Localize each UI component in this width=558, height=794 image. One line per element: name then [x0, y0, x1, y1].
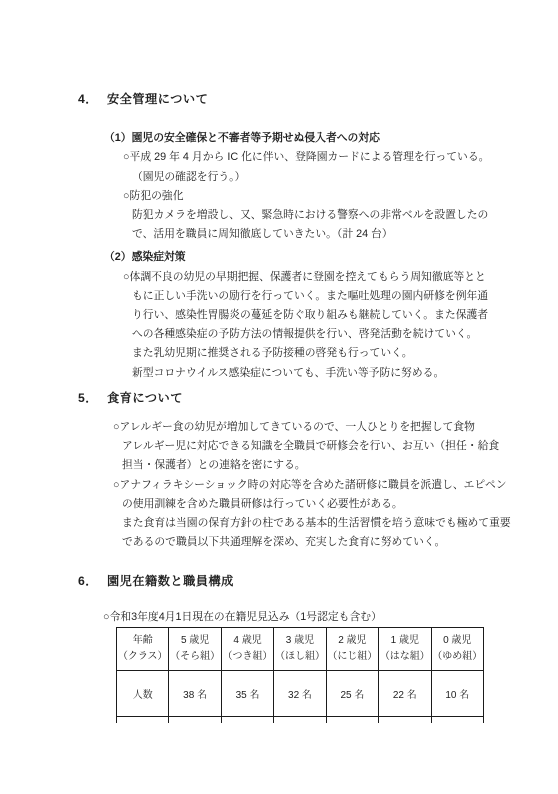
- text-line: の使用訓練を含めた職員研修は行っていく必要性がある。: [122, 495, 558, 514]
- class-label: （にじ組）: [327, 649, 378, 665]
- count-cell: 32 名: [274, 670, 326, 716]
- subsection-4-1-heading: （1）園児の安全確保と不審者等予期せぬ侵入者への対応: [104, 129, 558, 148]
- text-line: り行い、感染性胃腸炎の蔓延を防ぐ取り組みも継続していく。また保護者: [132, 306, 558, 325]
- section-4-heading: 4． 安全管理について: [0, 90, 558, 109]
- text-line: ○アレルギー食の幼児が増加してきているので、一人ひとりを把握して食物: [113, 418, 558, 437]
- text-line: ○体調不良の幼児の早期把握、保護者に登園を控えてもらう周知徹底等とと: [123, 268, 558, 287]
- section-6-number: 6．: [78, 572, 107, 591]
- count-cell: 22 名: [379, 670, 431, 716]
- section-5-heading: 5． 食育について: [0, 389, 558, 408]
- class-label: （ゆめ組）: [432, 649, 483, 665]
- text-line: で、活用を職員に周知徹底していきたい。（計 24 台）: [132, 225, 558, 244]
- age-header-cell: 年齢 （クラス）: [117, 627, 169, 670]
- class-label: （ほし組）: [274, 649, 325, 665]
- table-header-cell: 0 歳児 （ゆめ組）: [431, 627, 483, 670]
- text-line: ○防犯の強化: [123, 187, 558, 206]
- text-line: アレルギー児に対応できる知識を全職員で研修会を行い、お互い（担任・給食: [122, 437, 558, 456]
- text-line: 担当・保護者）との連絡を密にする。: [122, 456, 558, 475]
- table-header-row: 年齢 （クラス） 5 歳児 （そら組） 4 歳児 （つき組） 3 歳児 （ほし組…: [117, 627, 484, 670]
- table-header-cell: 5 歳児 （そら組）: [169, 627, 221, 670]
- table-header-cell: 2 歳児 （にじ組）: [326, 627, 378, 670]
- subsection-4-2-heading: （2）感染症対策: [104, 248, 558, 267]
- count-row-label-cell: 人数: [117, 670, 169, 716]
- text-line: ○平成 29 年 4 月から IC 化に伴い、登降園カードによる管理を行っている…: [123, 148, 558, 167]
- class-label: （そら組）: [169, 649, 220, 665]
- age-label: 1 歳児: [379, 633, 430, 649]
- enrollment-table: 年齢 （クラス） 5 歳児 （そら組） 4 歳児 （つき組） 3 歳児 （ほし組…: [116, 627, 484, 717]
- enrollment-table-caption: ○令和3年度4月1日現在の在籍児見込み（1号認定も含む）: [103, 608, 558, 627]
- text-line: また食育は当園の保育方針の柱である基本的生活習慣を培う意味でも極めて重要: [122, 514, 558, 533]
- age-label: 3 歳児: [274, 633, 325, 649]
- table-count-row: 人数 38 名 35 名 32 名 25 名 22 名 10 名: [117, 670, 484, 716]
- age-label: 4 歳児: [222, 633, 273, 649]
- section-4-title: 安全管理について: [107, 90, 208, 109]
- table-cutoff-stub: [116, 717, 484, 723]
- age-header-line1: 年齢: [117, 633, 168, 649]
- text-line: であるので職員以下共通理解を深め、充実した食育に努めていく。: [122, 533, 558, 552]
- section-4-number: 4．: [78, 90, 107, 109]
- text-line: もに正しい手洗いの励行を行っていく。また嘔吐処理の園内研修を例年通: [132, 287, 558, 306]
- text-line: 防犯カメラを増設し、又、緊急時における警察への非常ベルを設置したの: [132, 206, 558, 225]
- section-5-number: 5．: [78, 389, 107, 408]
- text-line: ○アナフィラキシーショック時の対応等を含めた諸研修に職員を派遣し、エピペン: [113, 476, 558, 495]
- text-line: （園児の確認を行う。）: [132, 168, 558, 187]
- age-header-line2: （クラス）: [117, 649, 168, 665]
- count-cell: 38 名: [169, 670, 221, 716]
- class-label: （はな組）: [379, 649, 430, 665]
- document-page: 4． 安全管理について （1）園児の安全確保と不審者等予期せぬ侵入者への対応 ○…: [0, 0, 558, 794]
- text-line: 新型コロナウイルス感染症についても、手洗い等予防に努める。: [132, 364, 558, 383]
- count-cell: 10 名: [431, 670, 483, 716]
- table-header-cell: 3 歳児 （ほし組）: [274, 627, 326, 670]
- text-line: への各種感染症の予防方法の情報提供を行い、啓発活動を続けていく。: [132, 325, 558, 344]
- class-label: （つき組）: [222, 649, 273, 665]
- table-header-cell: 4 歳児 （つき組）: [221, 627, 273, 670]
- count-cell: 25 名: [326, 670, 378, 716]
- age-label: 2 歳児: [327, 633, 378, 649]
- section-6-heading: 6． 園児在籍数と職員構成: [0, 572, 558, 591]
- count-cell: 35 名: [221, 670, 273, 716]
- age-label: 5 歳児: [169, 633, 220, 649]
- table-header-cell: 1 歳児 （はな組）: [379, 627, 431, 670]
- section-5-title: 食育について: [107, 389, 183, 408]
- text-line: また乳幼児期に推奨される予防接種の啓発も行っていく。: [132, 344, 558, 363]
- section-6-title: 園児在籍数と職員構成: [107, 572, 234, 591]
- age-label: 0 歳児: [432, 633, 483, 649]
